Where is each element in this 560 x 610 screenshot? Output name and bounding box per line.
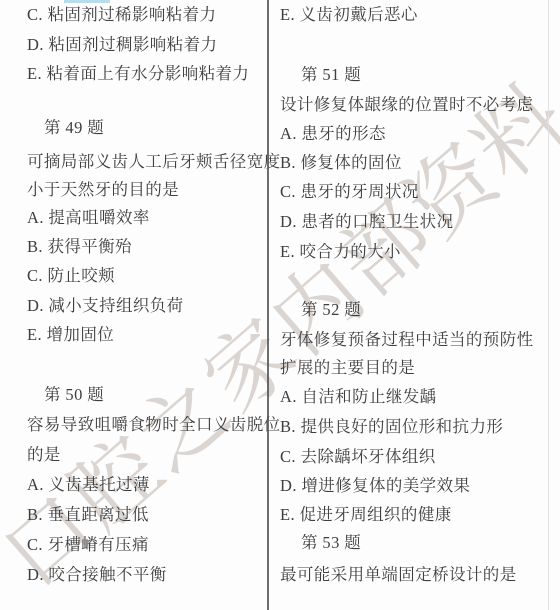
right-edge-line [548, 0, 549, 610]
question-title: 第 52 题 [280, 299, 361, 321]
option-line: B. 垂直距离过低 [27, 504, 149, 526]
option-line: D. 患者的口腔卫生状况 [280, 211, 453, 233]
option-line: C. 去除龋坏牙体组织 [280, 446, 436, 468]
left-column: C. 粘固剂过稀影响粘着力D. 粘固剂过稠影响粘着力E. 粘着面上有水分影响粘着… [27, 0, 267, 610]
question-title: 第 49 题 [27, 117, 104, 139]
option-line: D. 减小支持组织负荷 [27, 295, 184, 317]
question-title: 第 51 题 [280, 64, 361, 86]
document-page: 口腔之家内部资料 C. 粘固剂过稀影响粘着力D. 粘固剂过稠影响粘着力E. 粘着… [0, 0, 560, 610]
question-text-line: 的是 [27, 444, 61, 466]
option-line: D. 粘固剂过稠影响粘着力 [27, 34, 217, 56]
option-line: E. 促进牙周组织的健康 [280, 504, 452, 526]
option-line: C. 防止咬颊 [27, 265, 115, 287]
question-text-line: 设计修复体龈缘的位置时不必考虑 [280, 94, 534, 116]
option-line: A. 提高咀嚼效率 [27, 207, 150, 229]
option-line: B. 修复体的固位 [280, 152, 402, 174]
question-title: 第 50 题 [27, 384, 104, 406]
option-line: A. 患牙的形态 [280, 123, 386, 145]
option-line: B. 提供良好的固位形和抗力形 [280, 416, 503, 438]
option-line: C. 患牙的牙周状况 [280, 181, 419, 203]
option-line: B. 获得平衡殆 [27, 236, 132, 258]
option-line: A. 义齿基托过薄 [27, 474, 150, 496]
question-text-line: 小于天然牙的目的是 [27, 179, 179, 201]
question-text-line: 可摘局部义齿人工后牙颊舌径宽度 [27, 151, 281, 173]
option-line: E. 增加固位 [27, 324, 114, 346]
option-line: C. 粘固剂过稀影响粘着力 [27, 4, 216, 26]
option-line: D. 增进修复体的美学效果 [280, 475, 470, 497]
right-column: E. 义齿初戴后恶心第 51 题设计修复体龈缘的位置时不必考虑A. 患牙的形态B… [280, 0, 556, 610]
option-line: E. 咬合力的大小 [280, 241, 401, 263]
question-title: 第 53 题 [280, 532, 361, 554]
top-edge-blue-mark [64, 0, 110, 3]
option-line: E. 粘着面上有水分影响粘着力 [27, 63, 249, 85]
question-text-line: 容易导致咀嚼食物时全口义齿脱位 [27, 414, 281, 436]
option-line: D. 咬合接触不平衡 [27, 564, 167, 586]
column-divider [267, 0, 269, 610]
question-text-line: 牙体修复预备过程中适当的预防性 [280, 329, 534, 351]
question-text-line: 最可能采用单端固定桥设计的是 [280, 564, 517, 586]
question-text-line: 扩展的主要目的是 [280, 357, 415, 379]
option-line: E. 义齿初戴后恶心 [280, 4, 418, 26]
option-line: C. 牙槽嵴有压痛 [27, 534, 149, 556]
option-line: A. 自洁和防止继发龋 [280, 386, 437, 408]
